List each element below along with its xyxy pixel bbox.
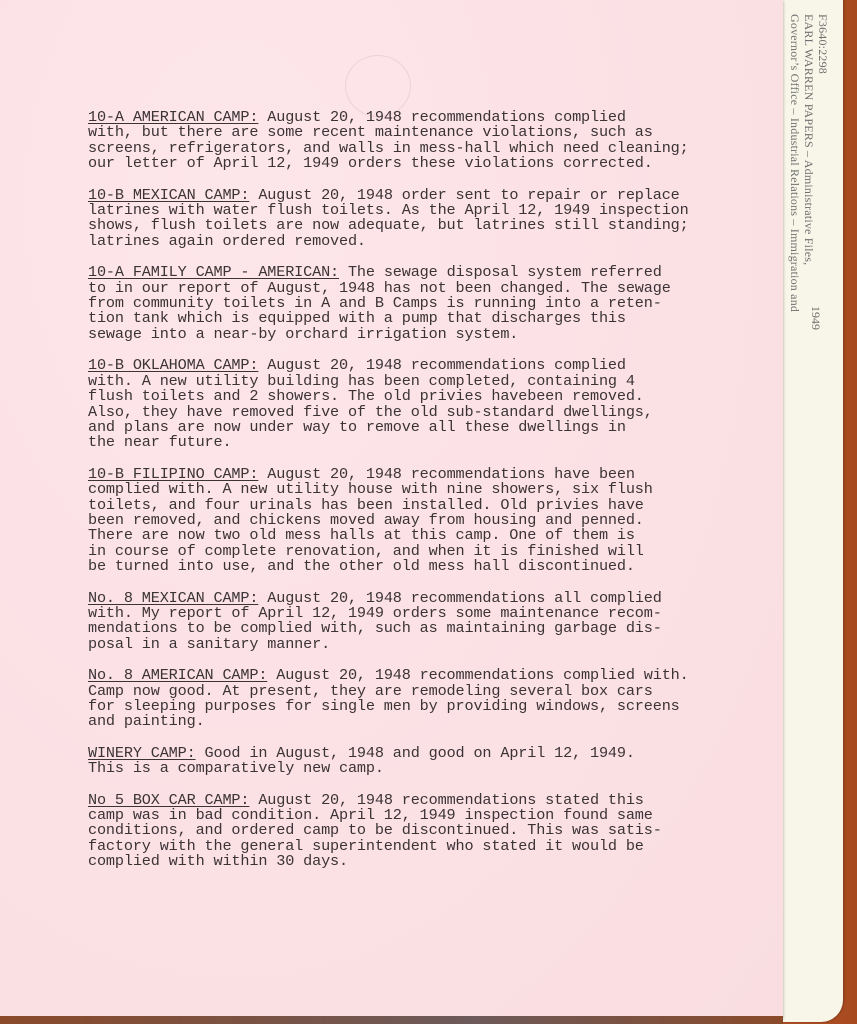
section-no8-american-camp: No. 8 AMERICAN CAMP: August 20, 1948 rec… [88,668,728,730]
section-10b-filipino-camp: 10-B FILIPINO CAMP: August 20, 1948 reco… [88,467,728,575]
folder-year: 1949 [808,306,823,330]
document-body: 10-A AMERICAN CAMP: August 20, 1948 reco… [88,110,728,886]
section-body: August 20, 1948 recommendations have bee… [88,465,653,575]
section-winery-camp: WINERY CAMP: Good in August, 1948 and go… [88,746,728,777]
section-no5-box-car-camp: No 5 BOX CAR CAMP: August 20, 1948 recom… [88,793,728,870]
typewritten-page: 10-A AMERICAN CAMP: August 20, 1948 reco… [0,0,783,1018]
desk-edge [0,1016,783,1024]
folder-series: Governor’s Office – Industrial Relations… [787,14,802,312]
section-10b-mexican-camp: 10-B MEXICAN CAMP: August 20, 1948 order… [88,188,728,250]
section-no8-mexican-camp: No. 8 MEXICAN CAMP: August 20, 1948 reco… [88,591,728,653]
section-10b-oklahoma-camp: 10-B OKLAHOMA CAMP: August 20, 1948 reco… [88,358,728,450]
folder-catalog-number: F3640:2298 [815,14,830,74]
folder-collection: EARL WARREN PAPERS – Administrative File… [801,14,816,265]
folder-label: F3640:2298 EARL WARREN PAPERS – Administ… [786,14,846,344]
section-10a-family-camp: 10-A FAMILY CAMP - AMERICAN: The sewage … [88,265,728,342]
section-10a-american-camp: 10-A AMERICAN CAMP: August 20, 1948 reco… [88,110,728,172]
